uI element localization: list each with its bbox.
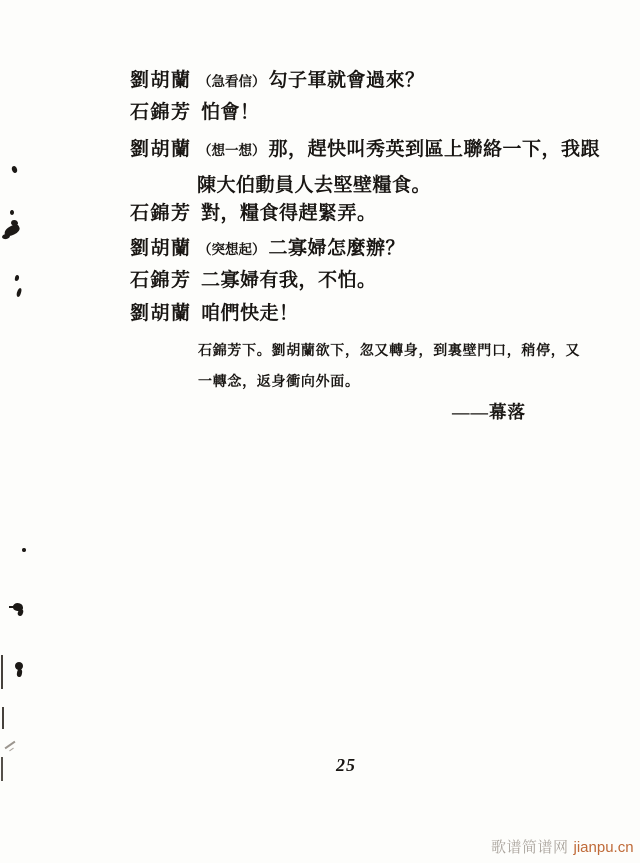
dialogue-text: 對，糧食得趕緊弄。 (201, 203, 377, 224)
speaker-name: 石錦芳 (130, 203, 198, 225)
ink-mark (11, 165, 18, 173)
watermark: 歌谱简谱网jianpu.cn (491, 836, 634, 857)
ink-mark (16, 288, 22, 298)
script-line: 劉胡蘭咱們快走！ (130, 303, 299, 326)
dialogue-text: 二寡婦怎麼辦？ (269, 238, 406, 259)
ink-mark (22, 548, 26, 552)
ink-blot (17, 608, 24, 616)
ink-blot (9, 606, 16, 608)
curtain-falls-label: ——幕落 (452, 399, 526, 424)
speaker-name: 石錦芳 (130, 102, 198, 124)
watermark-site-url: jianpu.cn (574, 839, 634, 856)
script-line: 劉胡蘭（想一想）那，趕快叫秀英到區上聯絡一下，我跟 (130, 139, 600, 162)
script-line: 石錦芳二寡婦有我，不怕。 (130, 270, 377, 293)
speaker-name: 劉胡蘭 (130, 238, 198, 260)
ink-mark (10, 210, 14, 215)
watermark-site-name: 歌谱简谱网 (491, 839, 569, 856)
dialogue-text: 勾子軍就會過來？ (269, 70, 425, 91)
page-number: 25 (336, 755, 356, 776)
binding-line (2, 707, 4, 729)
speaker-name: 石錦芳 (130, 270, 198, 292)
script-line: 石錦芳怕會！ (130, 102, 260, 125)
dialogue-text: 二寡婦有我，不怕。 (201, 270, 377, 291)
speaker-name: 劉胡蘭 (130, 303, 198, 325)
dialogue-text: 咱們快走！ (201, 303, 299, 324)
dialogue-text-continuation: 陳大伯動員人去堅壁糧食。 (197, 170, 431, 197)
scratch-mark (9, 748, 14, 752)
ink-mark (15, 275, 20, 282)
dialogue-text: 那，趕快叫秀英到區上聯絡一下，我跟 (269, 139, 601, 160)
ink-smudge (2, 233, 11, 239)
stage-direction-line: 石錦芳下。劉胡蘭欲下，忽又轉身，到裏壁門口，稍停，又 (198, 340, 588, 360)
dialogue-text: 怕會！ (201, 102, 260, 123)
script-line: 劉胡蘭（急看信）勾子軍就會過來？ (130, 70, 425, 93)
ink-blot (16, 669, 22, 678)
stage-note-inline: （想一想） (198, 143, 266, 158)
script-line: 石錦芳對，糧食得趕緊弄。 (130, 203, 377, 226)
script-line: 劉胡蘭（突想起）二寡婦怎麼辦？ (130, 238, 405, 261)
speaker-name: 劉胡蘭 (130, 139, 198, 161)
speaker-name: 劉胡蘭 (130, 70, 198, 92)
scanned-script-page: 劉胡蘭（急看信）勾子軍就會過來？ 石錦芳怕會！ 劉胡蘭（想一想）那，趕快叫秀英到… (0, 0, 640, 863)
stage-note-inline: （急看信） (198, 74, 266, 89)
binding-line (1, 655, 3, 689)
stage-note-inline: （突想起） (198, 242, 266, 257)
binding-line (1, 757, 3, 781)
stage-direction-line: 一轉念，返身衝向外面。 (198, 371, 588, 391)
